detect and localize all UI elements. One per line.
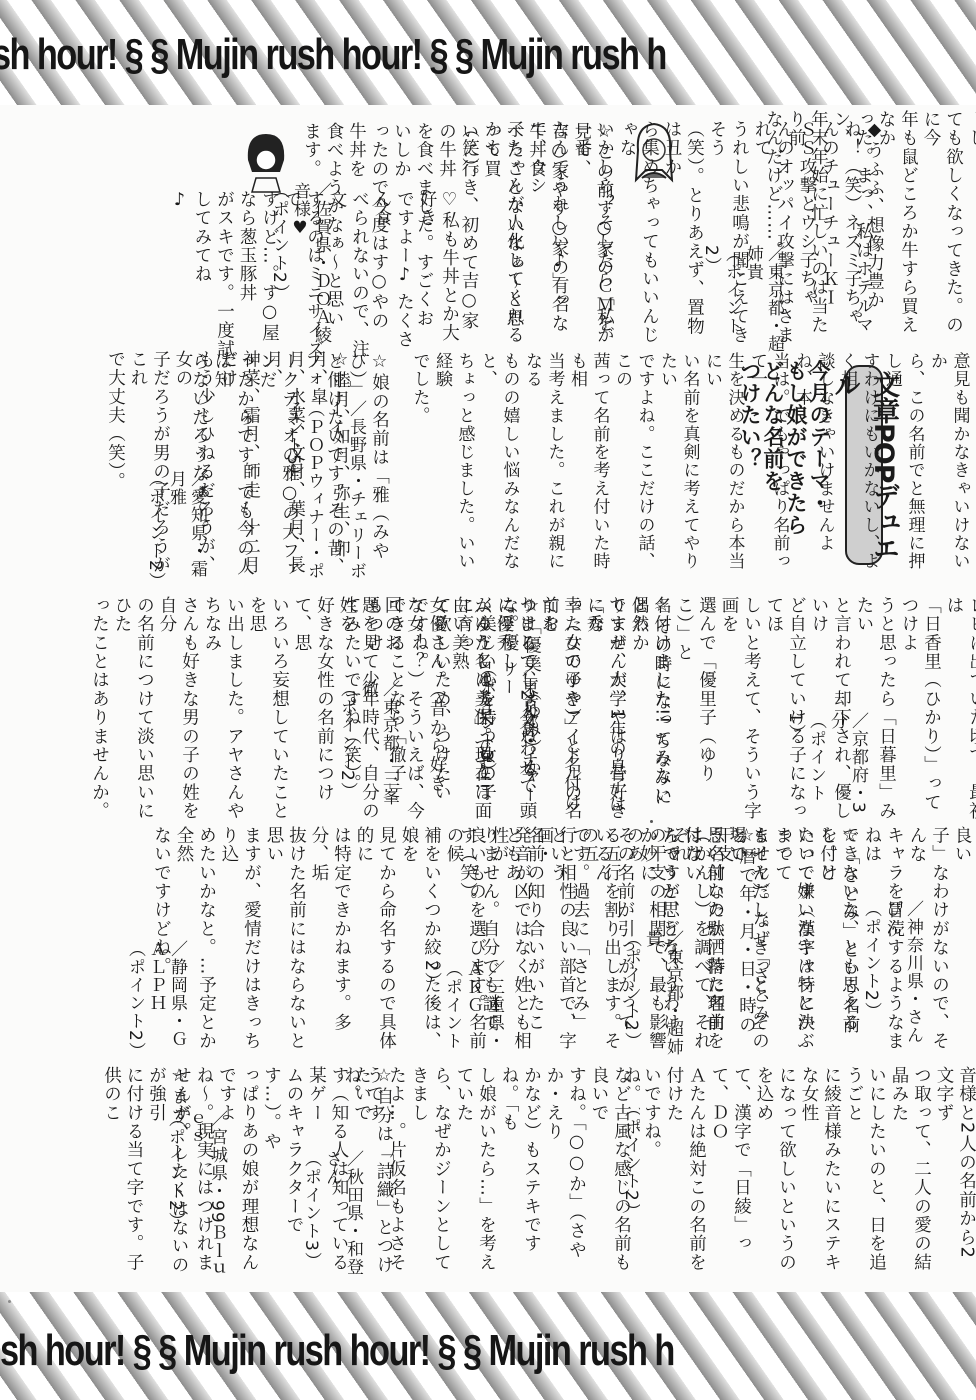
letter-body: ☆まず、したくはないのが強引 に付ける当て字です。子供のこ	[100, 1066, 190, 1281]
banner-title: sh hour! § § Mujin rush hour! § § Mujin …	[0, 1326, 674, 1376]
banner-title: sh hour! § § Mujin rush hour! § § Mujin …	[0, 30, 666, 80]
letter-body: ☆睦月、如月、弥生、卯月、皐 月、水菜、文月、葉月、長月、 神菜、霜月、師走…十…	[104, 350, 352, 585]
editor-avatar-icon	[240, 128, 292, 194]
letter-body: ☆暦で年・月・日・時の干支 （かんし）を調べて、それぞれ の干支の相関で、最も影…	[150, 826, 758, 1051]
footer-banner: sh hour! § § Mujin rush hour! § § Mujin …	[0, 1292, 976, 1400]
letter-body: ☆もし愛する綾音様とＤＯＡた んの間に娘ができたら、前々か らＤＯＡたんは「ひあ…	[640, 1066, 976, 1276]
header-banner: sh hour! § § Mujin rush hour! § § Mujin …	[0, 0, 976, 105]
letter-body: ☆その時になってみないとわか りませんが、やはり昔好きにな った女の子やアイドル…	[88, 596, 673, 821]
letter-body: ☆俺は、もし娘が生まれたら、 茜という名前を付けたいなと思 います。茜色の夕焼け…	[408, 352, 976, 587]
scan-speck	[650, 820, 653, 823]
editor-reply: ♡私も牛丼とか大好き ですよー♪ たくさん食 べられないので、注文 するのはミニ…	[168, 190, 461, 360]
letter-signature: ／静岡県・ＧＡＬＰＨ （ポイント2）	[124, 940, 187, 1060]
